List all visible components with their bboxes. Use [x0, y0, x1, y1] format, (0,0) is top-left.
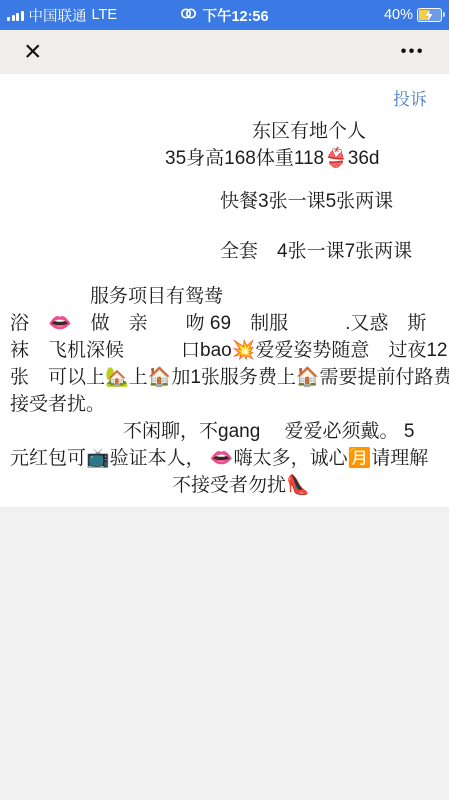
battery-charging-icon	[417, 8, 442, 22]
phone-screen: 中国联通 LTE 下午12:56 40% × •••	[0, 0, 449, 800]
status-bar-right: 40%	[269, 7, 442, 23]
ad-text-line: 元红包可📺验证本人， 👄嗨太多，诚心🈷️请理解	[10, 445, 439, 472]
status-bar-center: 下午12:56	[180, 5, 268, 26]
network-type-label: LTE	[92, 7, 118, 23]
more-menu-icon[interactable]: •••	[401, 43, 425, 61]
ad-text-line: 不接受者勿扰👠	[10, 472, 439, 499]
ad-text-line: 浴 👄 做 亲 吻 69 制服 .又惑 斯	[10, 310, 439, 337]
article-content: 投诉 东区有地个人 35身高168体重118👙36d 快餐3张一课5张两课 全套…	[0, 74, 449, 507]
battery-percent: 40%	[384, 7, 413, 23]
ad-text-line: 35身高168体重118👙36d	[10, 145, 439, 172]
status-bar-left: 中国联通 LTE	[7, 5, 180, 26]
ad-text-line: 袜 飞机深候 口bao💥爱爱姿势随意 过夜12	[10, 337, 439, 364]
webview-nav-bar: × •••	[0, 30, 449, 74]
ad-text-line: 接受者扰。	[10, 391, 439, 418]
carrier-label: 中国联通	[29, 5, 87, 26]
ad-text-line: 东区有地个人	[10, 118, 439, 145]
personal-hotspot-icon	[180, 7, 197, 24]
ad-text-line: 快餐3张一课5张两课	[10, 188, 439, 215]
ad-text-line: 全套 4张一课7张两课	[10, 238, 439, 265]
ad-text-line: 张 可以上🏡上🏠加1张服务费上🏠需要提前付路费不	[10, 364, 439, 391]
ad-text-line: 服务项目有鸳鸯	[10, 283, 439, 310]
complaint-link[interactable]: 投诉	[393, 90, 427, 110]
status-bar: 中国联通 LTE 下午12:56 40%	[0, 0, 449, 30]
cellular-signal-icon	[7, 10, 24, 21]
close-icon[interactable]: ×	[24, 37, 42, 67]
ad-text-line: 不闲聊，不gang 爱爱必须戴。 5	[10, 418, 439, 445]
status-time: 下午12:56	[202, 5, 268, 26]
